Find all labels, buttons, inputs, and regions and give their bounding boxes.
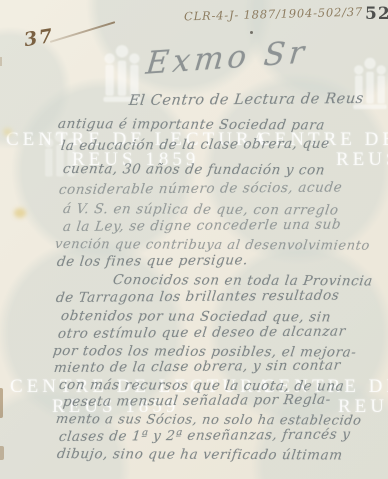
ink-dot xyxy=(250,31,253,34)
scan-edge-mark xyxy=(0,57,2,66)
manuscript-line: dibujo, sino que ha verificado últimam xyxy=(56,446,344,463)
manuscript-line: clases de 1ª y 2ª enseñanzas, francés y xyxy=(58,426,351,445)
manuscript-line: miento de la clase obrera, y sin contar xyxy=(53,358,342,376)
manuscript-line: vención que contribuya al desenvolvimien… xyxy=(54,237,371,254)
manuscript-line: de Tarragona los brillantes resultados xyxy=(55,288,340,306)
manuscript-line: peseta mensual señalada por Regla- xyxy=(62,392,332,410)
folio-flourish-stroke xyxy=(50,21,116,43)
archive-reference: CLR-4-J- 1887/1904-502/37 xyxy=(184,5,363,24)
manuscript-page: CENTRE DE LECTURA CENTRE DE REUS 1859 RE… xyxy=(0,0,388,479)
manuscript-line: El Centro de Lectura de Reus xyxy=(128,91,365,109)
salutation: Exmo Sr xyxy=(144,34,310,82)
manuscript-line: á V. S. en súplica de que, con arreglo xyxy=(62,201,340,218)
paper-stain xyxy=(14,208,26,218)
paper-stain xyxy=(3,128,12,136)
manuscript-line: cuenta, 30 años de fundación y con xyxy=(62,161,326,178)
scan-edge-mark xyxy=(0,446,4,460)
manuscript-line: considerable número de sócios, acude xyxy=(58,180,343,198)
page-number-stamp: 52 xyxy=(365,4,388,24)
scan-edge-mark xyxy=(0,388,3,418)
manuscript-line: otro estímulo que el deseo de alcanzar xyxy=(57,323,347,342)
folio-number: 37 xyxy=(22,25,56,51)
manuscript-line: la educación de la clase obrera, que xyxy=(60,136,331,154)
watermark-text: REUS xyxy=(336,149,388,171)
manuscript-line: antigua é importante Sociedad para xyxy=(57,116,326,133)
manuscript-line: a la Ley, se digne concederle una sub xyxy=(62,217,342,235)
manuscript-line: de los fines que persigue. xyxy=(56,252,249,270)
manuscript-line: obtenidos por una Sociedad que, sin xyxy=(60,308,332,325)
